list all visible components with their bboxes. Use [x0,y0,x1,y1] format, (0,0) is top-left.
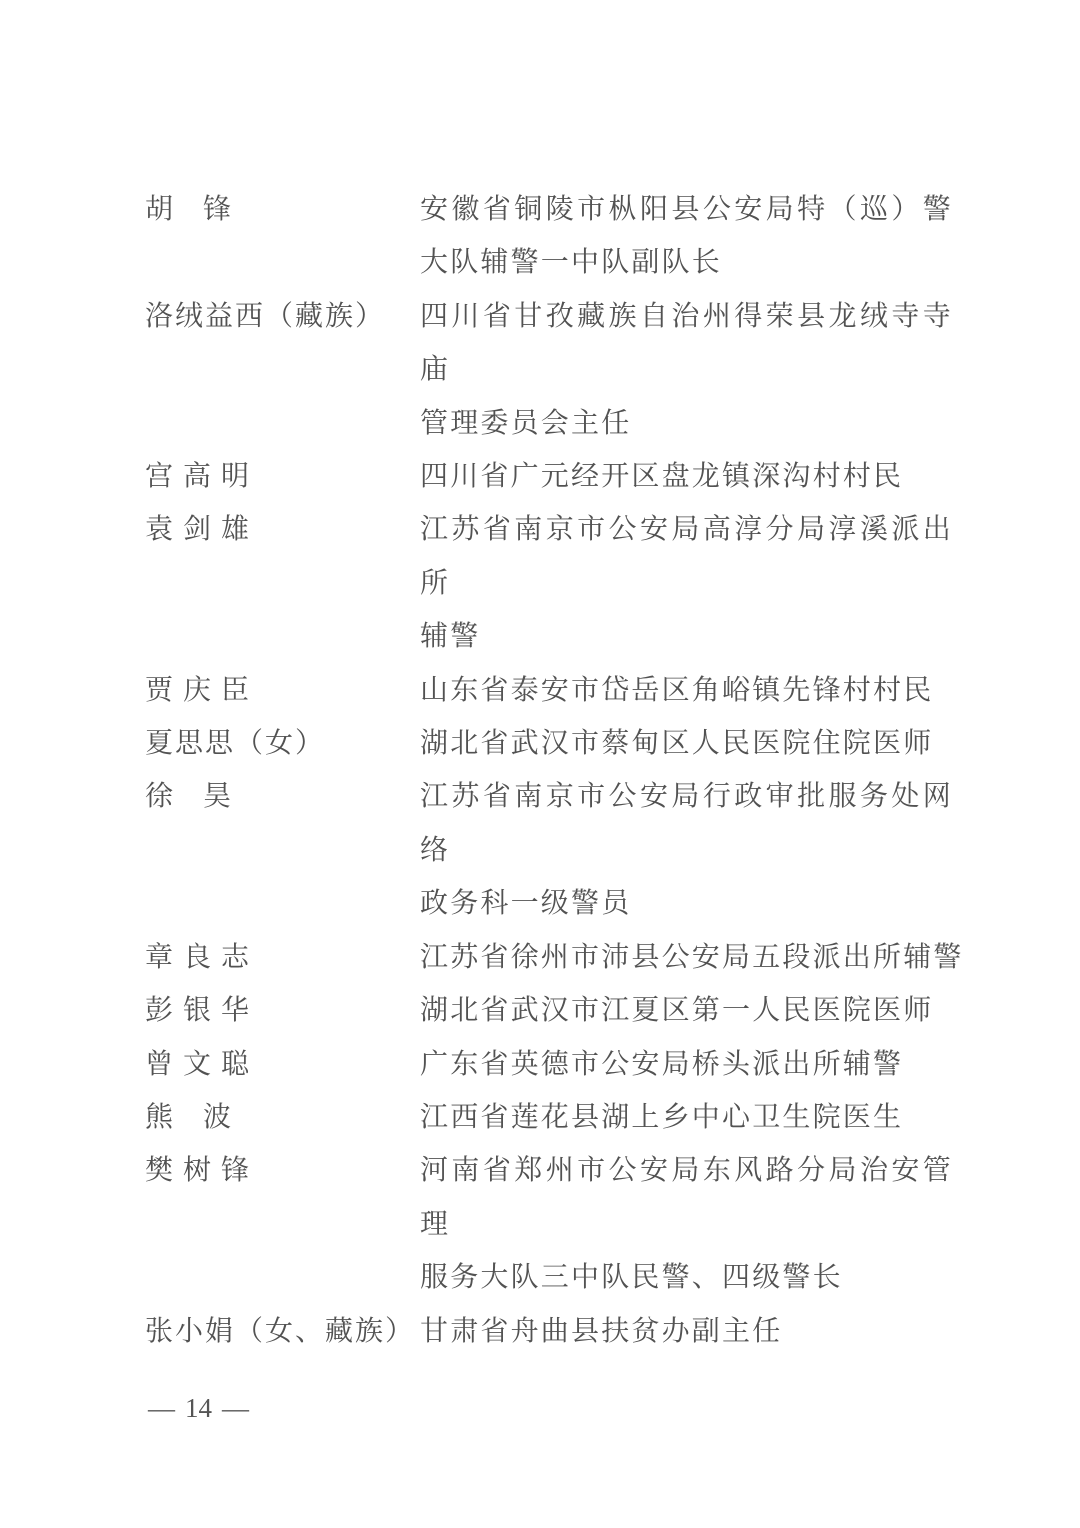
person-position: 四川省广元经开区盘龙镇深沟村村民 [420,450,953,503]
position-line: 四川省甘孜藏族自治州得荣县龙绒寺寺庙 [420,290,953,397]
list-item: 夏思思（女） 湖北省武汉市蔡甸区人民医院住院医师 [145,717,957,770]
footer-dash-left: — [148,1388,175,1428]
person-name: 胡 锋 [145,183,420,236]
position-line: 江苏省南京市公安局行政审批服务处网络 [420,770,953,877]
award-list: 胡 锋 安徽省铜陵市枞阳县公安局特（巡）警大队辅警一中队副队长 洛绒益西（藏族）… [145,183,957,1358]
person-position: 安徽省铜陵市枞阳县公安局特（巡）警大队辅警一中队副队长 [420,183,953,290]
person-name: 夏思思（女） [145,717,420,770]
list-item: 彭银华 湖北省武汉市江夏区第一人民医院医师 [145,984,957,1037]
position-line: 山东省泰安市岱岳区角峪镇先锋村村民 [420,664,953,717]
page-number: 14 [185,1388,212,1428]
position-line: 管理委员会主任 [420,397,953,450]
position-line: 辅警 [420,610,953,663]
position-line: 江西省莲花县湖上乡中心卫生院医生 [420,1091,953,1144]
position-line: 湖北省武汉市江夏区第一人民医院医师 [420,984,953,1037]
person-name: 张小娟（女、藏族） [145,1305,420,1358]
position-line: 服务大队三中队民警、四级警长 [420,1251,953,1304]
footer-dash-right: — [222,1388,249,1428]
person-position: 江苏省南京市公安局高淳分局淳溪派出所辅警 [420,503,953,663]
person-name: 袁剑雄 [145,503,420,556]
person-name: 彭银华 [145,984,420,1037]
position-line: 甘肃省舟曲县扶贫办副主任 [420,1305,953,1358]
person-position: 江苏省南京市公安局行政审批服务处网络政务科一级警员 [420,770,953,930]
person-name: 徐 昊 [145,770,420,823]
page-footer: — 14 — [148,1388,249,1428]
position-line: 江苏省南京市公安局高淳分局淳溪派出所 [420,503,953,610]
list-item: 贾庆臣 山东省泰安市岱岳区角峪镇先锋村村民 [145,664,957,717]
person-position: 江苏省徐州市沛县公安局五段派出所辅警 [420,931,953,984]
list-item: 熊 波 江西省莲花县湖上乡中心卫生院医生 [145,1091,957,1144]
person-position: 甘肃省舟曲县扶贫办副主任 [420,1305,953,1358]
position-line: 河南省郑州市公安局东风路分局治安管理 [420,1144,953,1251]
position-line: 江苏省徐州市沛县公安局五段派出所辅警 [420,931,953,984]
person-position: 湖北省武汉市江夏区第一人民医院医师 [420,984,953,1037]
person-name: 曾文聪 [145,1038,420,1091]
list-item: 胡 锋 安徽省铜陵市枞阳县公安局特（巡）警大队辅警一中队副队长 [145,183,957,290]
person-name: 宫高明 [145,450,420,503]
list-item: 袁剑雄 江苏省南京市公安局高淳分局淳溪派出所辅警 [145,503,957,663]
position-line: 湖北省武汉市蔡甸区人民医院住院医师 [420,717,953,770]
list-item: 章良志 江苏省徐州市沛县公安局五段派出所辅警 [145,931,957,984]
position-line: 四川省广元经开区盘龙镇深沟村村民 [420,450,953,503]
position-line: 大队辅警一中队副队长 [420,236,953,289]
position-line: 安徽省铜陵市枞阳县公安局特（巡）警 [420,183,953,236]
list-item: 张小娟（女、藏族） 甘肃省舟曲县扶贫办副主任 [145,1305,957,1358]
position-line: 广东省英德市公安局桥头派出所辅警 [420,1038,953,1091]
person-name: 樊树锋 [145,1144,420,1197]
document-page: 胡 锋 安徽省铜陵市枞阳县公安局特（巡）警大队辅警一中队副队长 洛绒益西（藏族）… [0,0,1080,1528]
person-position: 湖北省武汉市蔡甸区人民医院住院医师 [420,717,953,770]
person-name: 熊 波 [145,1091,420,1144]
person-position: 山东省泰安市岱岳区角峪镇先锋村村民 [420,664,953,717]
person-position: 四川省甘孜藏族自治州得荣县龙绒寺寺庙管理委员会主任 [420,290,953,450]
list-item: 洛绒益西（藏族） 四川省甘孜藏族自治州得荣县龙绒寺寺庙管理委员会主任 [145,290,957,450]
person-name: 洛绒益西（藏族） [145,290,420,343]
list-item: 徐 昊 江苏省南京市公安局行政审批服务处网络政务科一级警员 [145,770,957,930]
person-position: 江西省莲花县湖上乡中心卫生院医生 [420,1091,953,1144]
list-item: 曾文聪 广东省英德市公安局桥头派出所辅警 [145,1038,957,1091]
person-position: 广东省英德市公安局桥头派出所辅警 [420,1038,953,1091]
position-line: 政务科一级警员 [420,877,953,930]
list-item: 樊树锋 河南省郑州市公安局东风路分局治安管理服务大队三中队民警、四级警长 [145,1144,957,1304]
person-name: 章良志 [145,931,420,984]
list-item: 宫高明 四川省广元经开区盘龙镇深沟村村民 [145,450,957,503]
person-position: 河南省郑州市公安局东风路分局治安管理服务大队三中队民警、四级警长 [420,1144,953,1304]
person-name: 贾庆臣 [145,664,420,717]
